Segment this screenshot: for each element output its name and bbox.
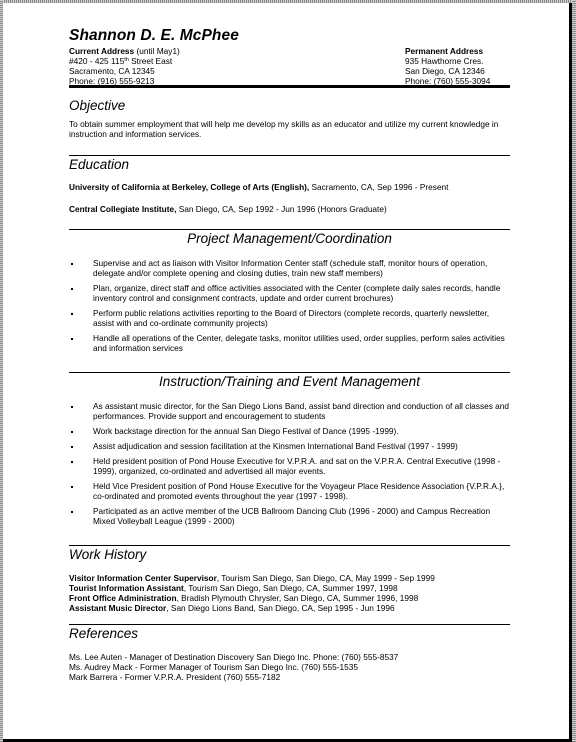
page-frame-left (0, 0, 3, 742)
reference-entry: Mark Barrera - Former V.P.R.A. President… (69, 672, 510, 682)
job-details: , San Diego Lions Band, San Diego, CA, S… (166, 603, 394, 613)
list-item: Participated as an active member of the … (69, 506, 510, 526)
work-history-entry: Front Office Administration, Bradish Ply… (69, 593, 510, 603)
permanent-address-line2: San Diego, CA 12346 (405, 66, 490, 76)
instruction-list: As assistant music director, for the San… (69, 401, 510, 526)
work-history-entry: Assistant Music Director, San Diego Lion… (69, 603, 510, 613)
list-item: Held Vice President position of Pond Hou… (69, 481, 510, 501)
school-details: San Diego, CA, Sep 1992 - Jun 1996 (Hono… (176, 204, 386, 214)
bullet-icon (71, 288, 73, 290)
section-divider (69, 372, 510, 373)
work-history-heading: Work History (69, 547, 146, 562)
section-divider (69, 545, 510, 546)
job-details: , Bradish Plymouth Chrysler, San Diego, … (177, 593, 419, 603)
bullet-icon (71, 313, 73, 315)
section-divider (69, 624, 510, 625)
bullet-icon (71, 461, 73, 463)
job-details: , Tourism San Diego, San Diego, CA, Summ… (184, 583, 398, 593)
education-entry: University of California at Berkeley, Co… (69, 182, 510, 192)
bullet-icon (71, 446, 73, 448)
objective-text: To obtain summer employment that will he… (69, 119, 510, 139)
permanent-address-label: Permanent Address (405, 46, 483, 56)
project-management-heading: Project Management/Coordination (69, 231, 510, 246)
list-item: As assistant music director, for the San… (69, 401, 510, 421)
work-history-list: Visitor Information Center Supervisor, T… (69, 573, 510, 613)
bullet-icon (71, 406, 73, 408)
current-address-line1: #420 - 425 115 (69, 56, 124, 66)
job-details: , Tourism San Diego, San Diego, CA, May … (217, 573, 435, 583)
bullet-icon (71, 263, 73, 265)
education-heading: Education (69, 157, 129, 172)
list-item: Handle all operations of the Center, del… (69, 333, 510, 353)
list-item: Plan, organize, direct staff and office … (69, 283, 510, 303)
objective-heading: Objective (69, 98, 125, 113)
school-name: Central Collegiate Institute, (69, 204, 176, 214)
job-title: Tourist Information Assistant (69, 583, 184, 593)
list-item: Work backstage direction for the annual … (69, 426, 510, 436)
section-divider (69, 229, 510, 230)
page-frame-right (572, 0, 576, 742)
bullet-icon (71, 511, 73, 513)
list-item: Assist adjudication and session facilita… (69, 441, 510, 451)
permanent-address: Permanent Address 935 Hawthorne Cres. Sa… (405, 46, 490, 86)
reference-entry: Ms. Audrey Mack - Former Manager of Tour… (69, 662, 510, 672)
current-address: Current Address (until May1) #420 - 425 … (69, 46, 180, 86)
job-title: Assistant Music Director (69, 603, 166, 613)
education-entry: Central Collegiate Institute, San Diego,… (69, 204, 510, 214)
references-heading: References (69, 626, 138, 641)
school-name: University of California at Berkeley, Co… (69, 182, 309, 192)
current-address-line1-street: Street East (129, 56, 172, 66)
current-address-note: (until May1) (134, 46, 180, 56)
school-details: Sacramento, CA, Sep 1996 - Present (309, 182, 448, 192)
current-address-label: Current Address (69, 46, 134, 56)
work-history-entry: Tourist Information Assistant, Tourism S… (69, 583, 510, 593)
list-item: Held president position of Pond House Ex… (69, 456, 510, 476)
job-title: Front Office Administration (69, 593, 177, 603)
bullet-icon (71, 338, 73, 340)
list-item: Perform public relations activities repo… (69, 308, 510, 328)
bullet-icon (71, 431, 73, 433)
header-divider (69, 85, 510, 88)
project-management-list: Supervise and act as liaison with Visito… (69, 258, 510, 353)
applicant-name: Shannon D. E. McPhee (69, 27, 239, 45)
reference-entry: Ms. Lee Auten - Manager of Destination D… (69, 652, 510, 662)
page-frame-top (0, 0, 576, 3)
section-divider (69, 155, 510, 156)
references-list: Ms. Lee Auten - Manager of Destination D… (69, 652, 510, 682)
list-item: Supervise and act as liaison with Visito… (69, 258, 510, 278)
bullet-icon (71, 486, 73, 488)
job-title: Visitor Information Center Supervisor (69, 573, 217, 583)
permanent-address-line1: 935 Hawthorne Cres. (405, 56, 490, 66)
instruction-heading: Instruction/Training and Event Managemen… (69, 374, 510, 389)
work-history-entry: Visitor Information Center Supervisor, T… (69, 573, 510, 583)
current-address-line2: Sacramento, CA 12345 (69, 66, 180, 76)
